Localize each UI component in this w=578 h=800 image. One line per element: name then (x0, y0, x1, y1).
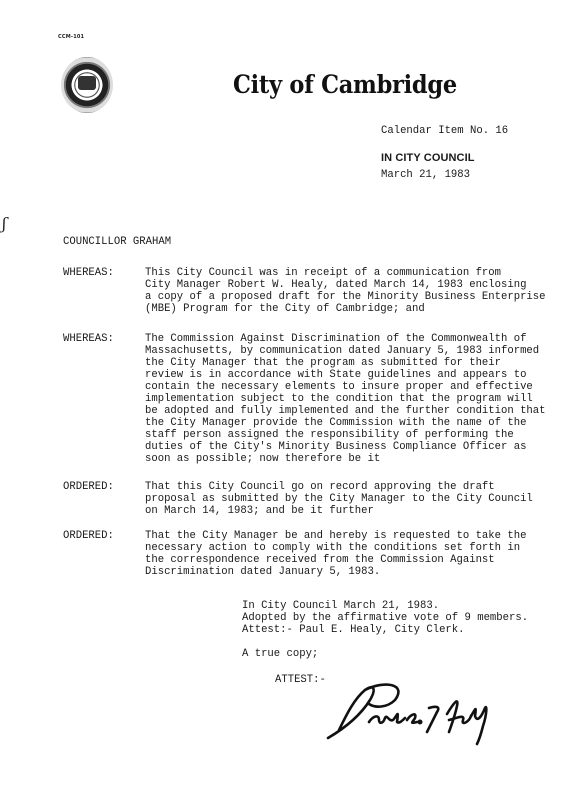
clause-line: Massachusetts, by communication dated Ja… (145, 345, 546, 357)
clause-label: WHEREAS: (63, 267, 114, 279)
clause-body: This City Council was in receipt of a co… (145, 267, 546, 315)
clause-line: City Manager Robert W. Healy, dated Marc… (145, 279, 546, 291)
seal-emblem (78, 76, 96, 90)
clause-line: a copy of a proposed draft for the Minor… (145, 291, 546, 303)
adoption-line: Adopted by the affirmative vote of 9 mem… (242, 612, 528, 624)
clause-label: ORDERED: (63, 481, 114, 493)
clause-label: WHEREAS: (63, 333, 114, 345)
clause-line: the City Manager provide the Commission … (145, 417, 546, 429)
adoption-line: Attest:- Paul E. Healy, City Clerk. (242, 624, 528, 636)
clause-label: ORDERED: (63, 530, 114, 542)
sponsor-name: COUNCILLOR GRAHAM (63, 236, 171, 248)
clause-line: the City Manager that the program as sub… (145, 357, 546, 369)
council-date: March 21, 1983 (381, 169, 470, 181)
city-seal-icon (61, 57, 113, 113)
true-copy-label: A true copy; (242, 648, 318, 660)
form-code: CCM-101 (58, 34, 84, 40)
letterhead-title: City of Cambridge (233, 70, 457, 99)
clause-line: the correspondence received from the Com… (145, 554, 526, 566)
clause-body: The Commission Against Discrimination of… (145, 333, 546, 465)
clause-line: This City Council was in receipt of a co… (145, 267, 546, 279)
clause-line: be adopted and fully implemented and the… (145, 405, 546, 417)
clause-line: That this City Council go on record appr… (145, 481, 533, 493)
clause-line: on March 14, 1983; and be it further (145, 505, 533, 517)
clause-body: That the City Manager be and hereby is r… (145, 530, 526, 578)
clause-line: Discrimination dated January 5, 1983. (145, 566, 526, 578)
clause-line: necessary action to comply with the cond… (145, 542, 526, 554)
council-heading: IN CITY COUNCIL (381, 152, 475, 164)
clause-line: The Commission Against Discrimination of… (145, 333, 546, 345)
attest-label: ATTEST:- (275, 674, 326, 686)
clause-line: proposal as submitted by the City Manage… (145, 493, 533, 505)
clause-line: (MBE) Program for the City of Cambridge;… (145, 303, 546, 315)
adoption-record: In City Council March 21, 1983. Adopted … (242, 600, 528, 636)
clause-line: That the City Manager be and hereby is r… (145, 530, 526, 542)
clause-line: staff person assigned the responsibility… (145, 429, 546, 441)
clause-line: implementation subject to the condition … (145, 393, 546, 405)
calendar-item-number: Calendar Item No. 16 (381, 125, 508, 137)
clause-body: That this City Council go on record appr… (145, 481, 533, 517)
clause-line: review is in accordance with State guide… (145, 369, 546, 381)
clause-line: soon as possible; now therefore be it (145, 453, 546, 465)
signature-icon (325, 678, 500, 748)
clause-line: duties of the City's Minority Business C… (145, 441, 546, 453)
handwritten-margin-mark: ʃ (2, 214, 6, 233)
clause-line: contain the necessary elements to insure… (145, 381, 546, 393)
adoption-line: In City Council March 21, 1983. (242, 600, 528, 612)
